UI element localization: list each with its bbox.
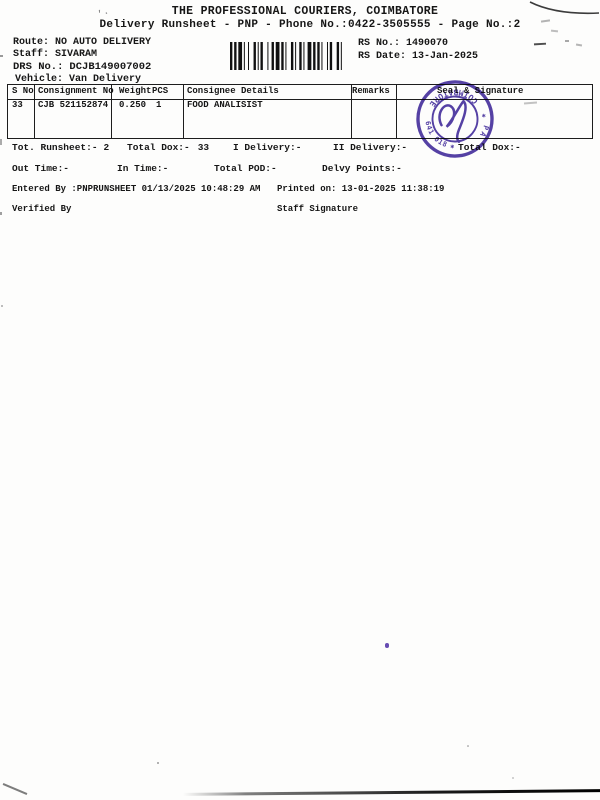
staff-label: Staff: — [13, 49, 49, 60]
col-header-sno: S No — [12, 87, 34, 96]
in-time-label: In Time:- — [117, 164, 168, 174]
total-dox-label: Total Dox:- — [127, 142, 190, 153]
col-header-consignment: Consignment No — [38, 87, 114, 96]
drs-line: DRS No.:DCJB149007002 — [13, 62, 151, 73]
tot-runsheet-label: Tot. Runsheet:- — [12, 142, 98, 153]
cell-pcs: 1 — [156, 101, 161, 110]
rs-date-label: RS Date: — [358, 51, 406, 62]
scan-edge-mark — [0, 212, 2, 215]
scan-corner-line — [3, 783, 28, 795]
ii-delivery-label: II Delivery:- — [333, 142, 407, 153]
verified-by-label: Verified By — [12, 205, 71, 214]
i-delivery-label: I Delivery:- — [233, 142, 301, 153]
scan-smudge — [534, 43, 546, 46]
scan-speck — [512, 777, 514, 779]
rubber-stamp-seal: COIMBATORE 641 018 PA ✱ ✱ — [411, 75, 500, 164]
cell-weight: 0.250 — [119, 101, 146, 110]
ink-dot — [385, 643, 389, 648]
document-subtitle: Delivery Runsheet - PNP - Phone No.:0422… — [14, 20, 600, 32]
rs-date-value: 13-Jan-2025 — [412, 51, 478, 62]
staff-value: SIVARAM — [55, 49, 97, 60]
col-header-remarks: Remarks — [352, 87, 390, 96]
drs-value: DCJB149007002 — [69, 61, 151, 73]
staff-line: Staff:SIVARAM — [13, 50, 97, 61]
stamp-pincode-text: 641 018 — [423, 119, 449, 151]
printed-on-line: Printed on: 13-01-2025 11:38:19 — [277, 185, 444, 194]
stamp-star-icon: ✱ — [449, 142, 455, 150]
delvy-points-label: Delvy Points:- — [322, 164, 402, 174]
col-header-weight: Weight — [119, 87, 151, 96]
route-value: NO AUTO DELIVERY — [55, 37, 151, 48]
staff-signature-label: Staff Signature — [277, 205, 358, 214]
cell-consignment: CJB 521152874 — [38, 101, 108, 110]
scan-speck — [467, 745, 469, 747]
barcode-icon — [230, 42, 345, 70]
stamp-star-icon: ✱ — [480, 111, 486, 119]
col-header-consignee: Consignee Details — [187, 87, 279, 96]
route-label: Route: — [13, 37, 49, 48]
tot-runsheet-value: 2 — [104, 142, 110, 153]
scan-edge-mark — [0, 139, 2, 145]
table-column-divider — [396, 85, 397, 138]
route-line: Route:NO AUTO DELIVERY — [13, 38, 151, 49]
table-column-divider — [34, 85, 35, 138]
document-title: THE PROFESSIONAL COURIERS, COIMBATORE — [0, 6, 600, 18]
scan-speck — [157, 762, 159, 764]
svg-text:641 018: 641 018 — [423, 119, 449, 151]
table-column-divider — [183, 85, 184, 138]
total-dox-value: 33 — [198, 142, 209, 153]
drs-label: DRS No.: — [13, 61, 63, 73]
scan-smudge — [565, 40, 569, 42]
scan-edge-mark — [0, 55, 3, 57]
entered-by-line: Entered By :PNPRUNSHEET 01/13/2025 10:48… — [12, 185, 260, 194]
scan-edge-mark — [1, 305, 3, 307]
cell-consignee: FOOD ANALISIST — [187, 101, 263, 110]
rs-date-line: RS Date:13-Jan-2025 — [358, 52, 478, 63]
scan-smudge — [576, 43, 582, 46]
out-time-label: Out Time:- — [12, 164, 69, 174]
rs-no-line: RS No.:1490070 — [358, 39, 448, 50]
cell-sno: 33 — [12, 101, 23, 110]
rs-no-label: RS No.: — [358, 38, 400, 49]
total-pod-label: Total POD:- — [214, 164, 277, 174]
scan-bottom-edge — [183, 789, 600, 795]
col-header-pcs: PCS — [152, 87, 168, 96]
rs-no-value: 1490070 — [406, 38, 448, 49]
